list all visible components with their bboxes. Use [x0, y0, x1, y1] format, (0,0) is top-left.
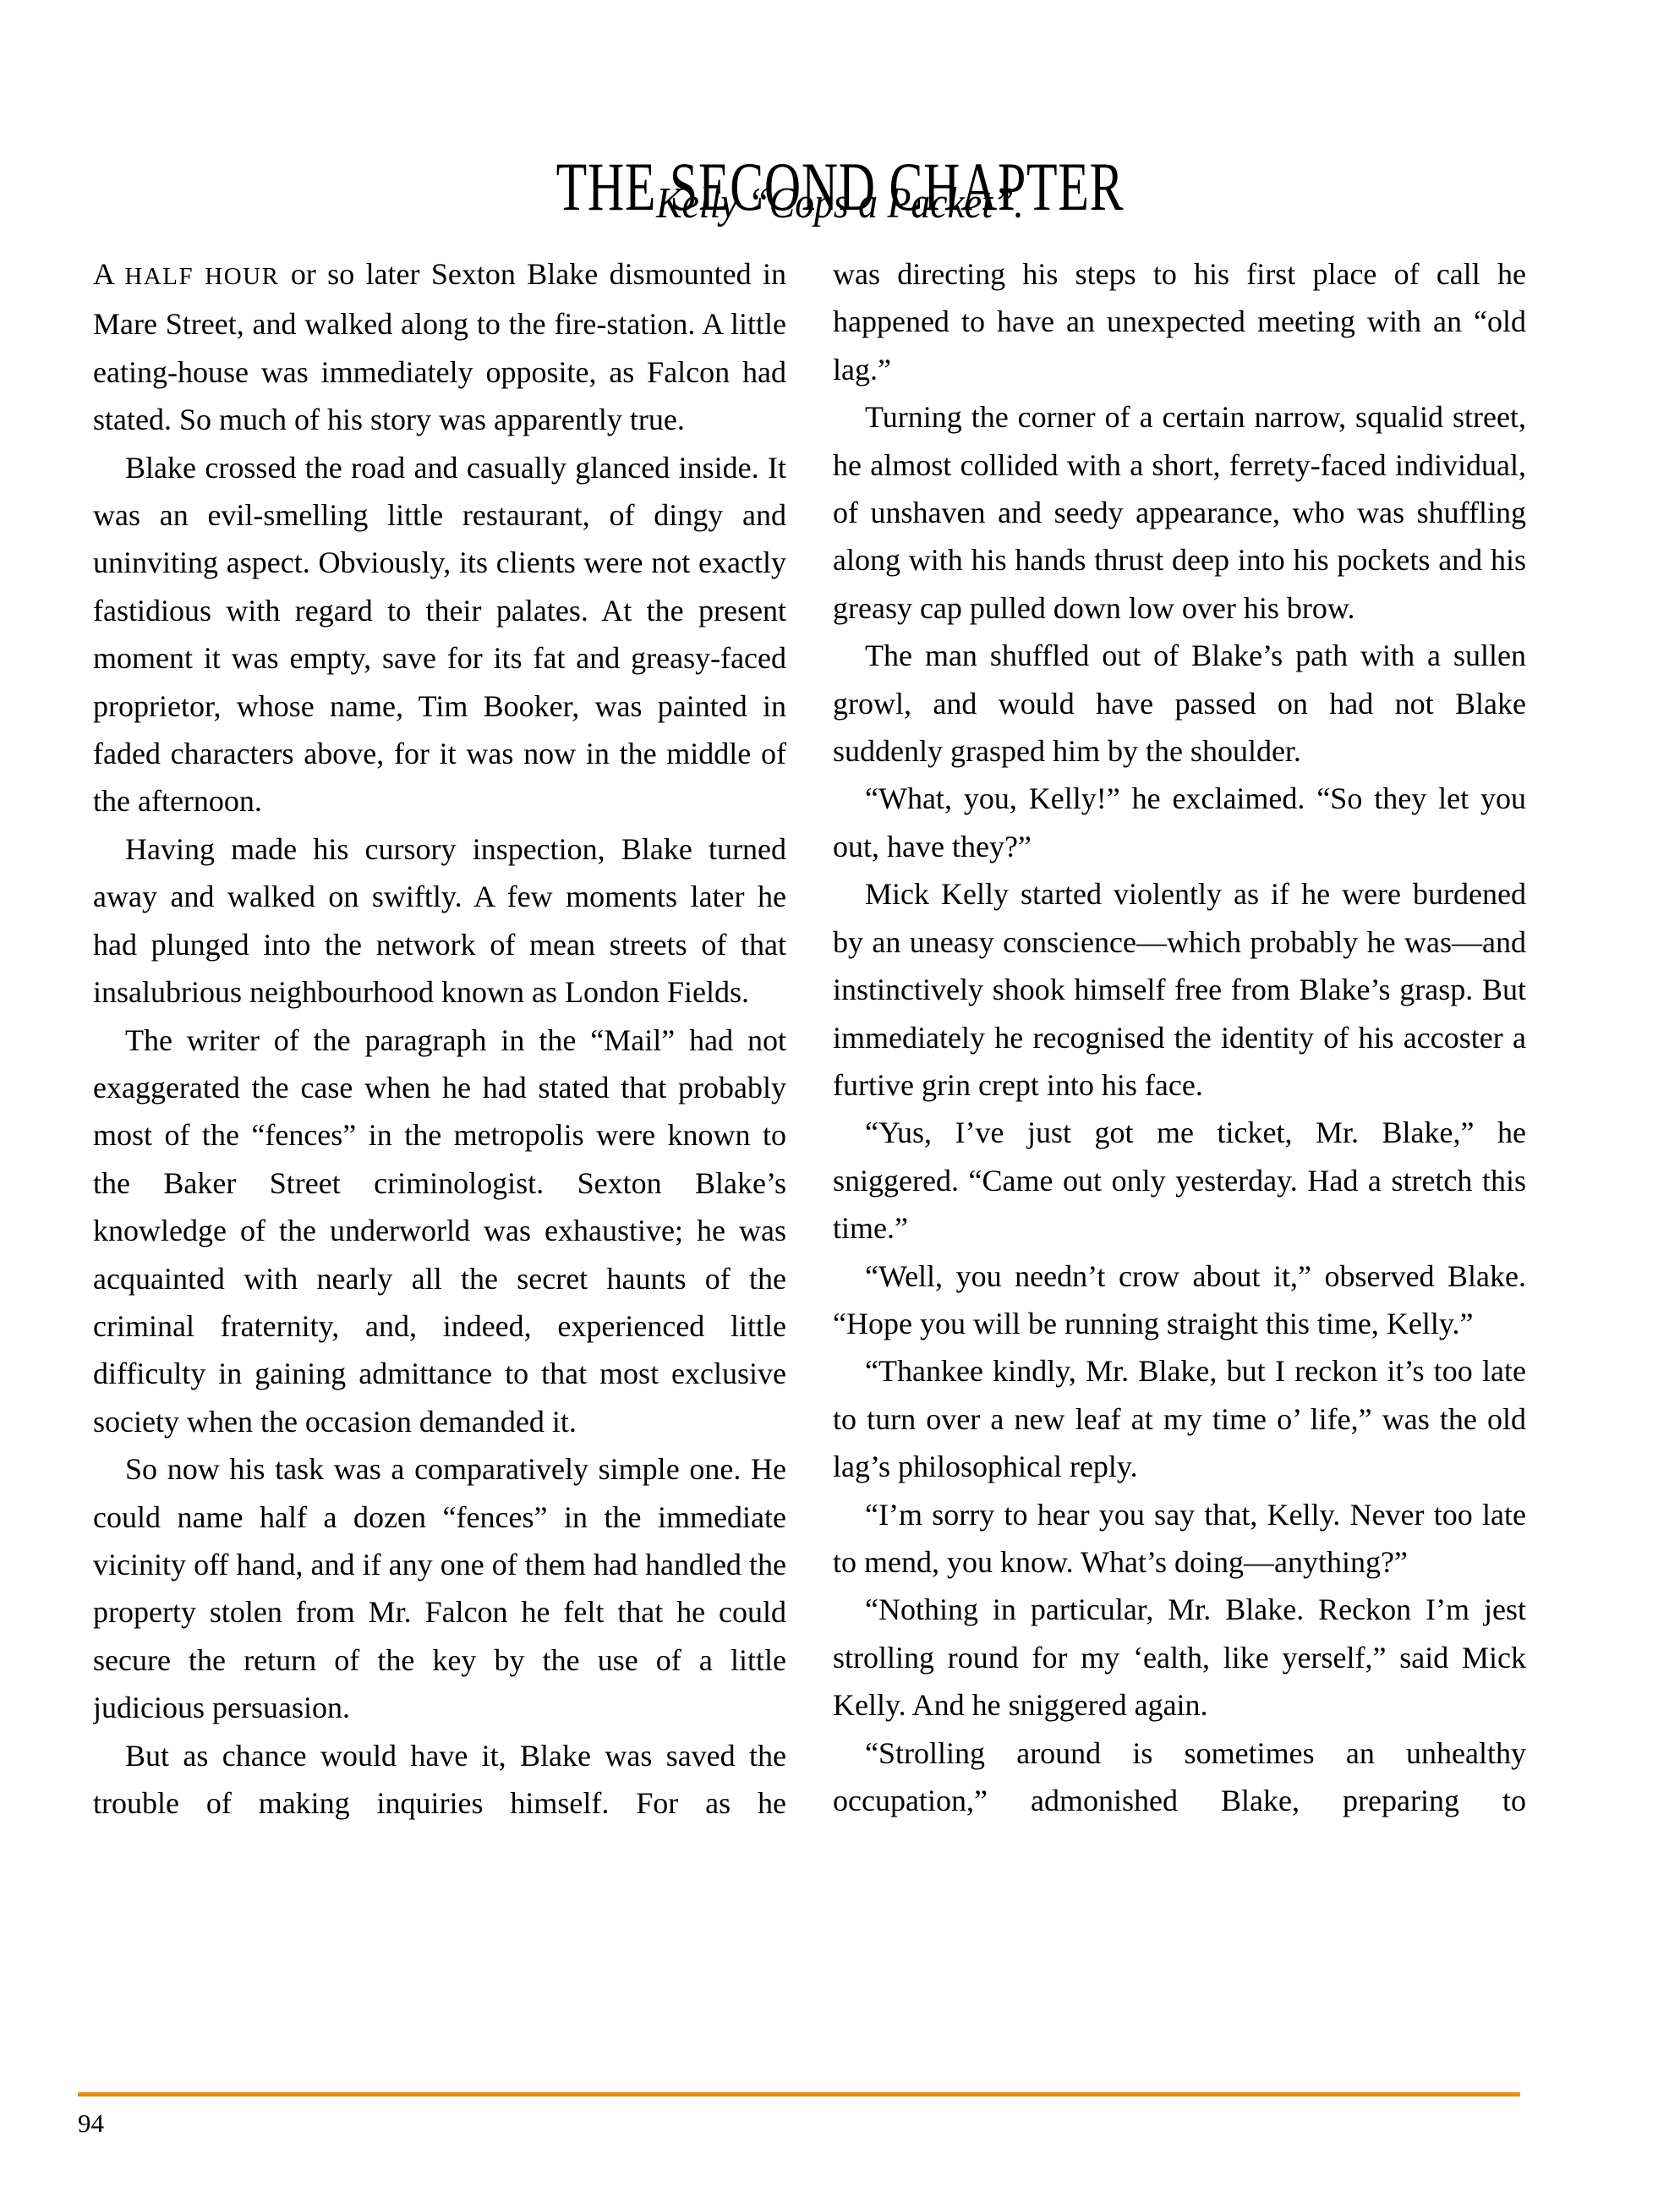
paragraph: Having made his cursory inspection, Blak…: [93, 825, 786, 1017]
paragraph: “Nothing in particular, Mr. Blake. Recko…: [833, 1586, 1526, 1729]
paragraph: “Well, you needn’t crow about it,” obser…: [833, 1252, 1526, 1348]
paragraph: The writer of the paragraph in the “Mail…: [93, 1017, 786, 1446]
text-column-right: was directing his steps to his first pla…: [833, 250, 1526, 2056]
paragraph: “Thankee kindly, Mr. Blake, but I reckon…: [833, 1347, 1526, 1490]
paragraph: “Yus, I’ve just got me ticket, Mr. Blake…: [833, 1109, 1526, 1252]
paragraph-cut-at-column-end: But as chance would have it, Blake was s…: [93, 1732, 786, 1828]
paragraph: Turning the corner of a certain narrow, …: [833, 393, 1526, 632]
paragraph: So now his task was a comparatively simp…: [93, 1445, 786, 1731]
chapter-subtitle: Kelly “Cops a Packet”.: [101, 182, 1579, 226]
paragraph: “I’m sorry to hear you say that, Kelly. …: [833, 1491, 1526, 1587]
paragraph: Mick Kelly started violently as if he we…: [833, 870, 1526, 1109]
lead-smallcaps: HALF HOUR: [124, 263, 279, 290]
text-column-left: A HALF HOUR or so later Sexton Blake dis…: [93, 250, 786, 2056]
paragraph: “What, you, Kelly!” he exclaimed. “So th…: [833, 775, 1526, 870]
lead-paragraph: A HALF HOUR or so later Sexton Blake dis…: [93, 250, 786, 444]
paragraph: The man shuffled out of Blake’s path wit…: [833, 632, 1526, 775]
paragraph-cut-at-page-end: “Strolling around is sometimes an unheal…: [833, 1729, 1526, 1825]
lead-initial-cap: A: [93, 257, 113, 291]
footer-divider-rule: [78, 2092, 1520, 2097]
book-page: THE SECOND CHAPTER Kelly “Cops a Packet”…: [0, 0, 1680, 2209]
page-number: 94: [78, 2108, 104, 2139]
paragraph: Blake crossed the road and casually glan…: [93, 444, 786, 825]
continuation-paragraph: was directing his steps to his first pla…: [833, 250, 1526, 393]
